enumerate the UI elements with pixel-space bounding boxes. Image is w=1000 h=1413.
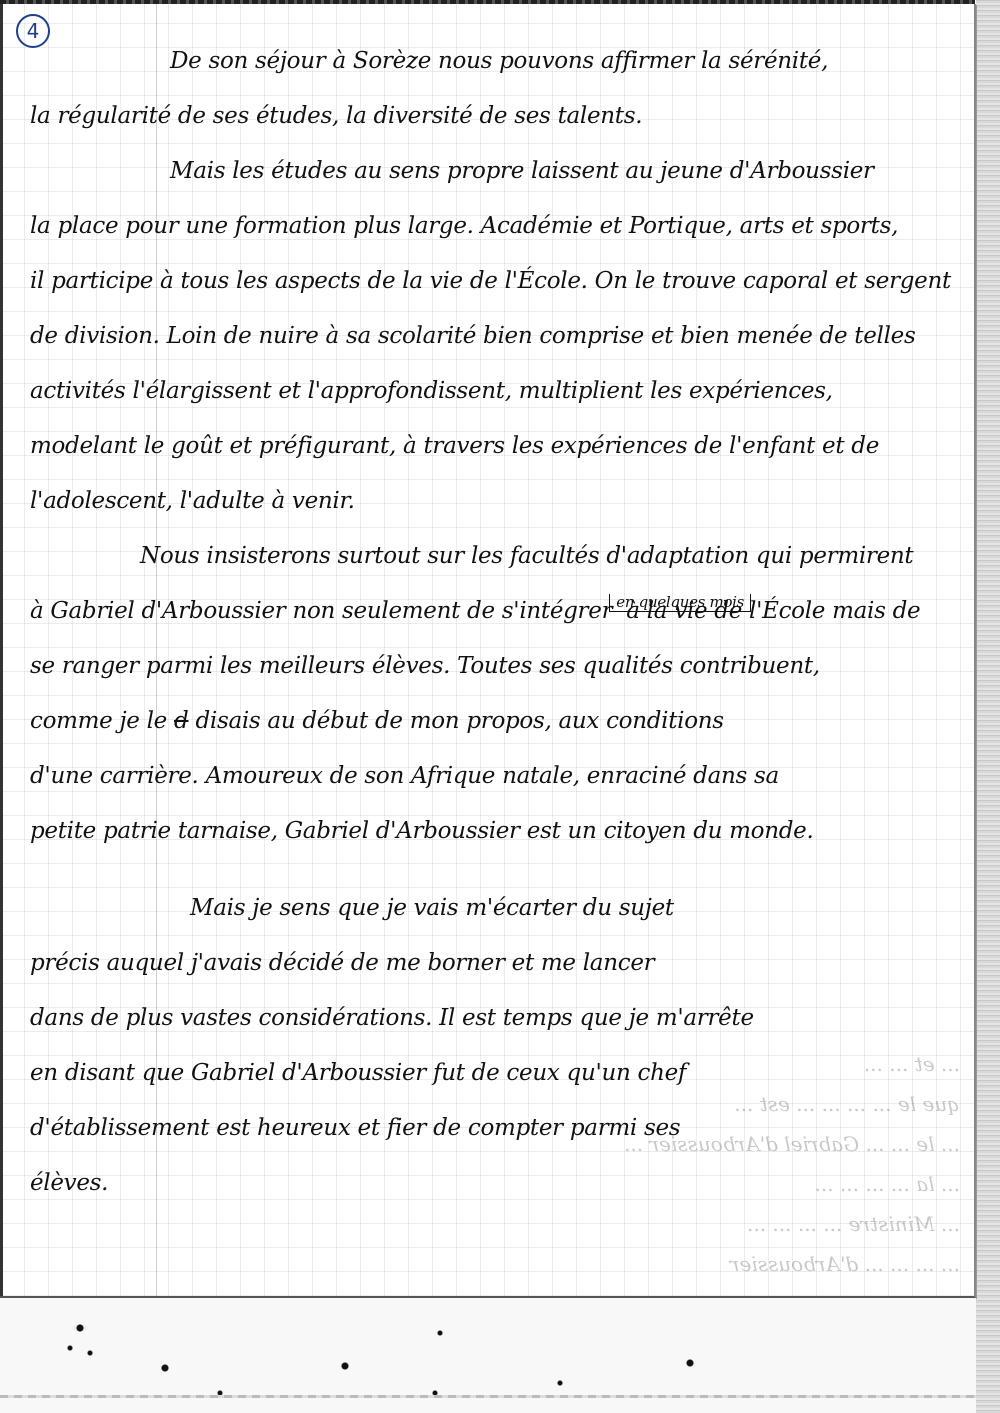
text-segment: à Gabriel d'Arboussier non seulement de … bbox=[30, 598, 612, 624]
text-line: De son séjour à Sorèze nous pouvons affi… bbox=[30, 34, 965, 89]
struck-out-letter: d bbox=[174, 708, 188, 734]
interlinear-insertion: en quelques mois bbox=[609, 594, 751, 612]
text-line: la régularité de ses études, la diversit… bbox=[30, 89, 965, 144]
text-segment: disais au début de mon propos, aux condi… bbox=[195, 708, 723, 734]
reverse-side-bleed-through: ... et ... ... que le ... ... ... ... es… bbox=[20, 1044, 960, 1284]
text-line: Nous insisterons surtout sur les faculté… bbox=[30, 529, 965, 584]
bleed-line: ... ... ... ... d'Arboussier bbox=[20, 1244, 960, 1284]
text-line: activités l'élargissent et l'approfondis… bbox=[30, 364, 965, 419]
text-line: d'une carrière. Amoureux de son Afrique … bbox=[30, 749, 965, 804]
bleed-line: que le ... ... ... ... est ... bbox=[20, 1084, 960, 1124]
text-line: Mais je sens que je vais m'écarter du su… bbox=[30, 881, 965, 936]
text-segment: comme je le bbox=[30, 708, 167, 734]
paper-sheet: 4 De son séjour à Sorèze nous pouvons af… bbox=[0, 4, 976, 1298]
text-line-with-insertion: à Gabriel d'Arboussier non seulement de … bbox=[30, 584, 965, 639]
text-line: se ranger parmi les meilleurs élèves. To… bbox=[30, 639, 965, 694]
bleed-line: ... Ministre ... ... ... ... bbox=[20, 1204, 960, 1244]
text-line: dans de plus vastes considérations. Il e… bbox=[30, 991, 965, 1046]
text-line: de division. Loin de nuire à sa scolarit… bbox=[30, 309, 965, 364]
text-line: la place pour une formation plus large. … bbox=[30, 199, 965, 254]
text-line-with-strikeout: comme je le d disais au début de mon pro… bbox=[30, 694, 965, 749]
bleed-line: ... la ... ... ... ... bbox=[20, 1164, 960, 1204]
scan-bottom-edge bbox=[0, 1395, 976, 1398]
bleed-line: ... et ... ... bbox=[20, 1044, 960, 1084]
text-line: il participe à tous les aspects de la vi… bbox=[30, 254, 965, 309]
text-line: l'adolescent, l'adulte à venir. bbox=[30, 474, 965, 529]
text-line: Mais les études au sens propre laissent … bbox=[30, 144, 965, 199]
sheet-left-edge bbox=[0, 4, 3, 1296]
scan-right-margin bbox=[976, 0, 1000, 1413]
text-line: modelant le goût et préfigurant, à trave… bbox=[30, 419, 965, 474]
bleed-line: ... le ... ... Gabriel d'Arboussier ... bbox=[20, 1124, 960, 1164]
text-line: précis auquel j'avais décidé de me borne… bbox=[30, 936, 965, 991]
handwritten-body: De son séjour à Sorèze nous pouvons affi… bbox=[30, 34, 965, 1211]
paragraph-gap bbox=[30, 859, 965, 881]
text-line: petite patrie tarnaise, Gabriel d'Arbous… bbox=[30, 804, 965, 859]
